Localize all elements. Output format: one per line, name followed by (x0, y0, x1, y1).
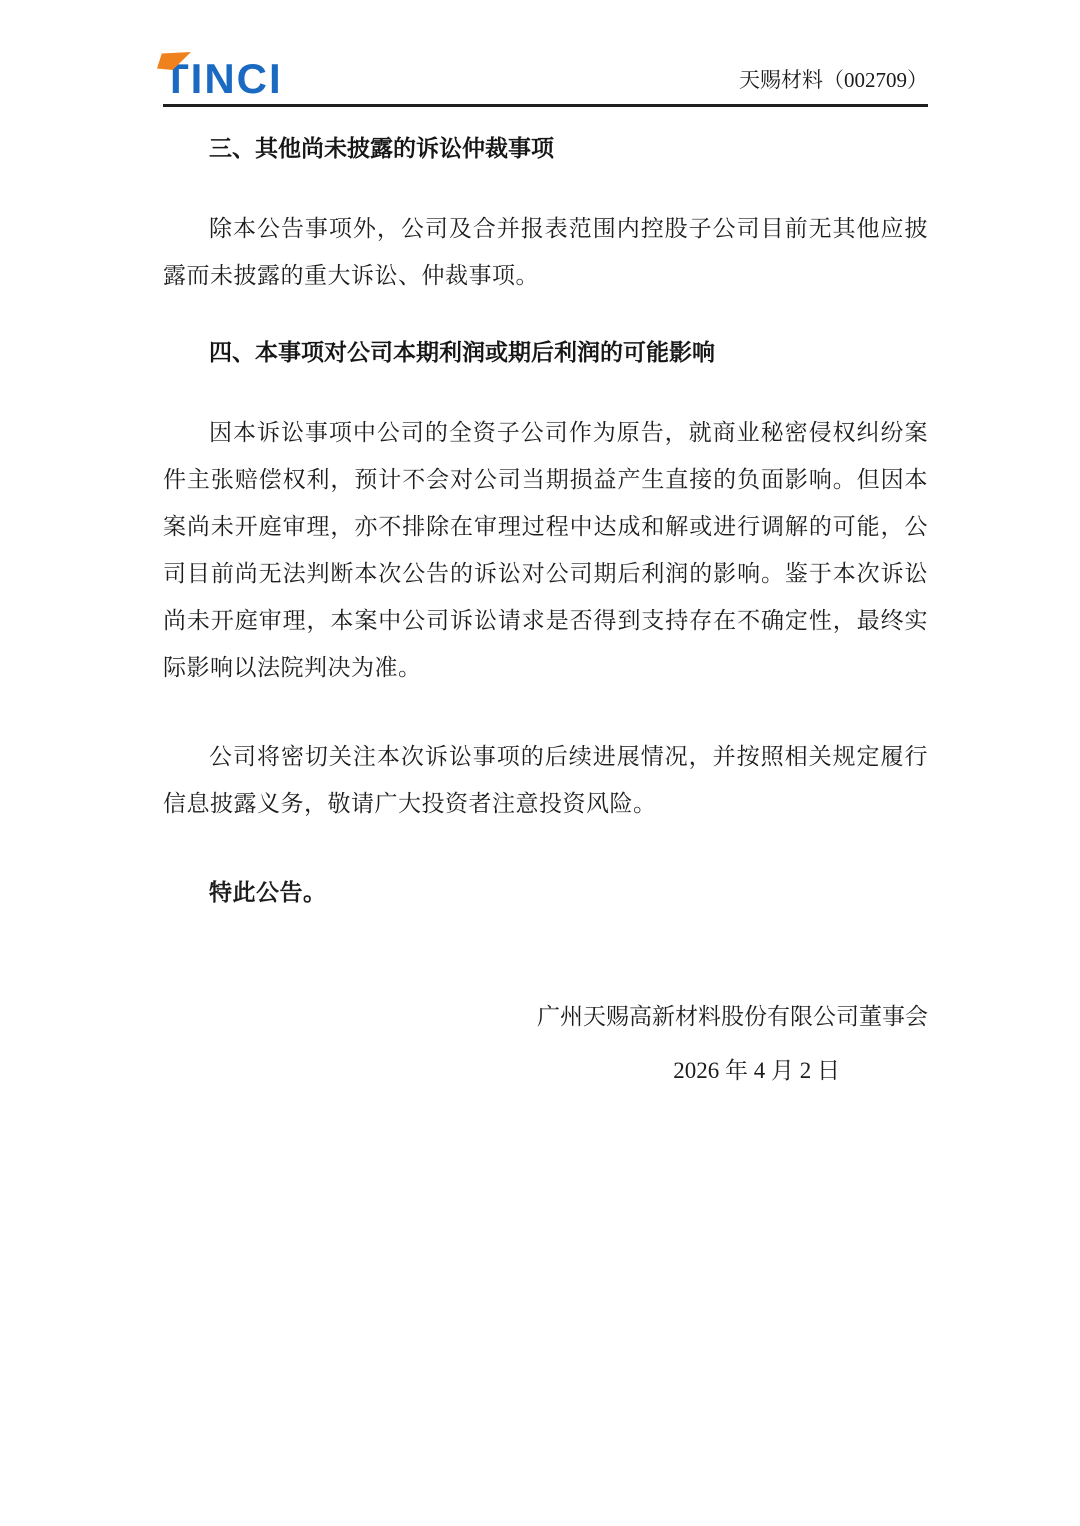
section-three-heading: 三、其他尚未披露的诉讼仲裁事项 (163, 133, 928, 163)
section-four-paragraph-1: 因本诉讼事项中公司的全资子公司作为原告，就商业秘密侵权纠纷案件主张赔偿权利，预计… (163, 409, 928, 691)
section-four-heading: 四、本事项对公司本期利润或期后利润的可能影响 (163, 337, 928, 367)
signature-company: 广州天赐高新材料股份有限公司董事会 (163, 1002, 928, 1032)
stock-code-label: 天赐材料（002709） (739, 68, 928, 100)
section-four-paragraph-2: 公司将密切关注本次诉讼事项的后续进展情况，并按照相关规定履行信息披露义务，敬请广… (163, 733, 928, 827)
signature-date: 2026 年 4 月 2 日 (163, 1056, 928, 1086)
signature-block: 广州天赐高新材料股份有限公司董事会 2026 年 4 月 2 日 (163, 1002, 928, 1086)
page-header: TINCI 天赐材料（002709） (163, 54, 928, 107)
logo-text: TINCI (163, 55, 283, 102)
closing-statement: 特此公告。 (163, 869, 928, 916)
section-three-paragraph: 除本公告事项外，公司及合并报表范围内控股子公司目前无其他应披露而未披露的重大诉讼… (163, 205, 928, 299)
tinci-logo: TINCI (163, 54, 283, 100)
document-body: 三、其他尚未披露的诉讼仲裁事项 除本公告事项外，公司及合并报表范围内控股子公司目… (163, 133, 928, 1086)
announcement-page: TINCI 天赐材料（002709） 三、其他尚未披露的诉讼仲裁事项 除本公告事… (0, 0, 1080, 1526)
